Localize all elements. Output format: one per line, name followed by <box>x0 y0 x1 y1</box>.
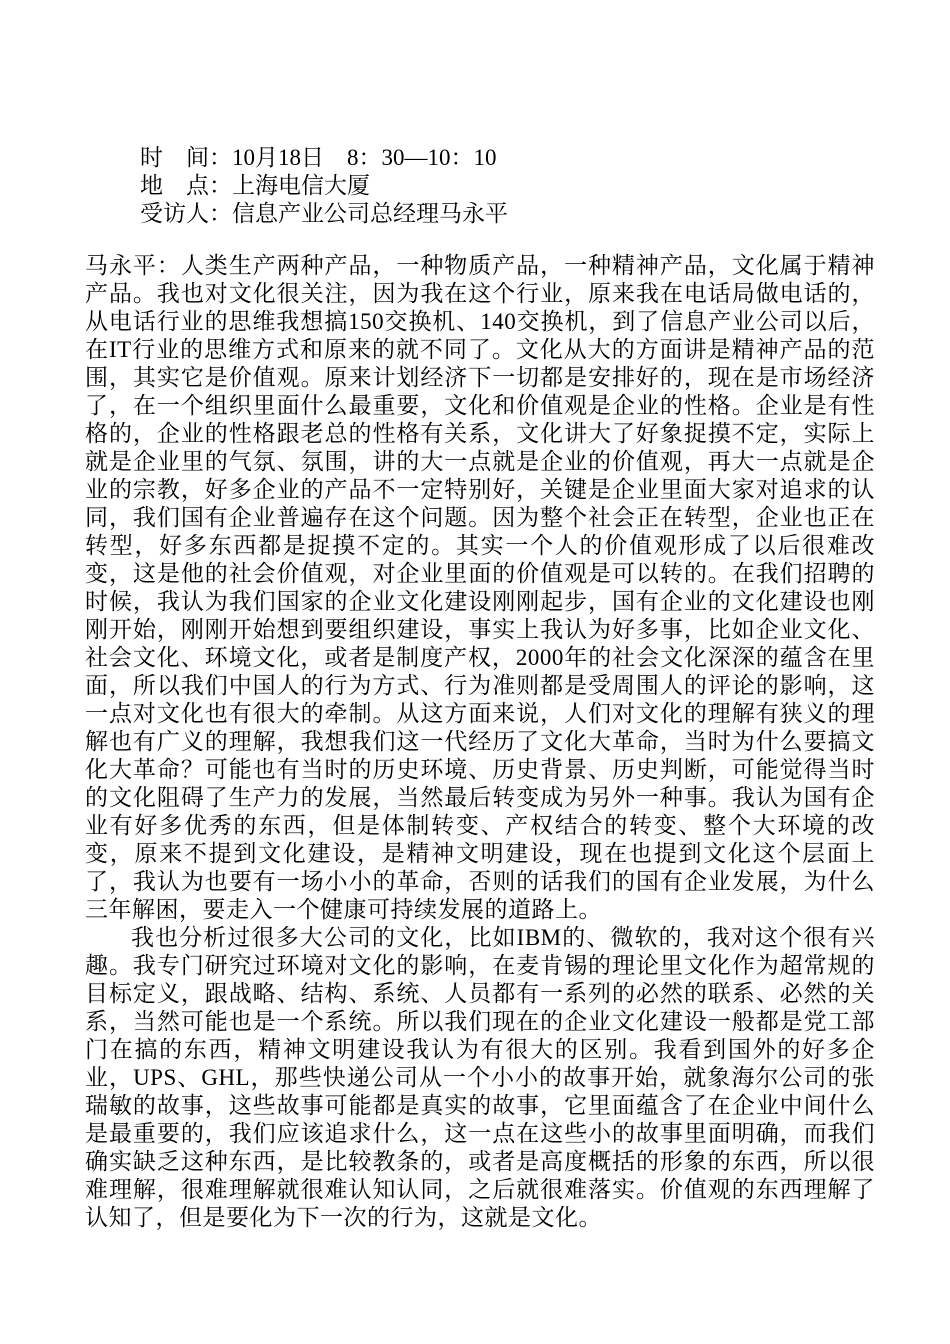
meta-line-interviewee: 受访人：信息产业公司总经理马永平 <box>85 200 875 228</box>
meta-value-interviewee: 信息产业公司总经理马永平 <box>232 201 508 226</box>
meta-value-location: 上海电信大厦 <box>232 173 370 198</box>
meta-value-time: 10月18日 8：30—10：10 <box>232 145 497 170</box>
meta-label-time: 时 间： <box>140 145 232 170</box>
interview-body: 马永平：人类生产两种产品，一种物质产品，一种精神产品，文化属于精神产品。我也对文… <box>85 252 875 1232</box>
meta-line-location: 地 点：上海电信大厦 <box>85 172 875 200</box>
meta-label-location: 地 点： <box>140 173 232 198</box>
paragraph-speaker-answer-1: 马永平：人类生产两种产品，一种物质产品，一种精神产品，文化属于精神产品。我也对文… <box>85 252 875 924</box>
meta-line-time: 时 间：10月18日 8：30—10：10 <box>85 144 875 172</box>
meta-label-interviewee: 受访人： <box>140 201 232 226</box>
paragraph-speaker-answer-2: 我也分析过很多大公司的文化，比如IBM的、微软的，我对这个很有兴趣。我专门研究过… <box>85 924 875 1232</box>
document-page: 时 间：10月18日 8：30—10：10 地 点：上海电信大厦 受访人：信息产… <box>0 0 950 1344</box>
interview-meta-block: 时 间：10月18日 8：30—10：10 地 点：上海电信大厦 受访人：信息产… <box>85 144 875 228</box>
